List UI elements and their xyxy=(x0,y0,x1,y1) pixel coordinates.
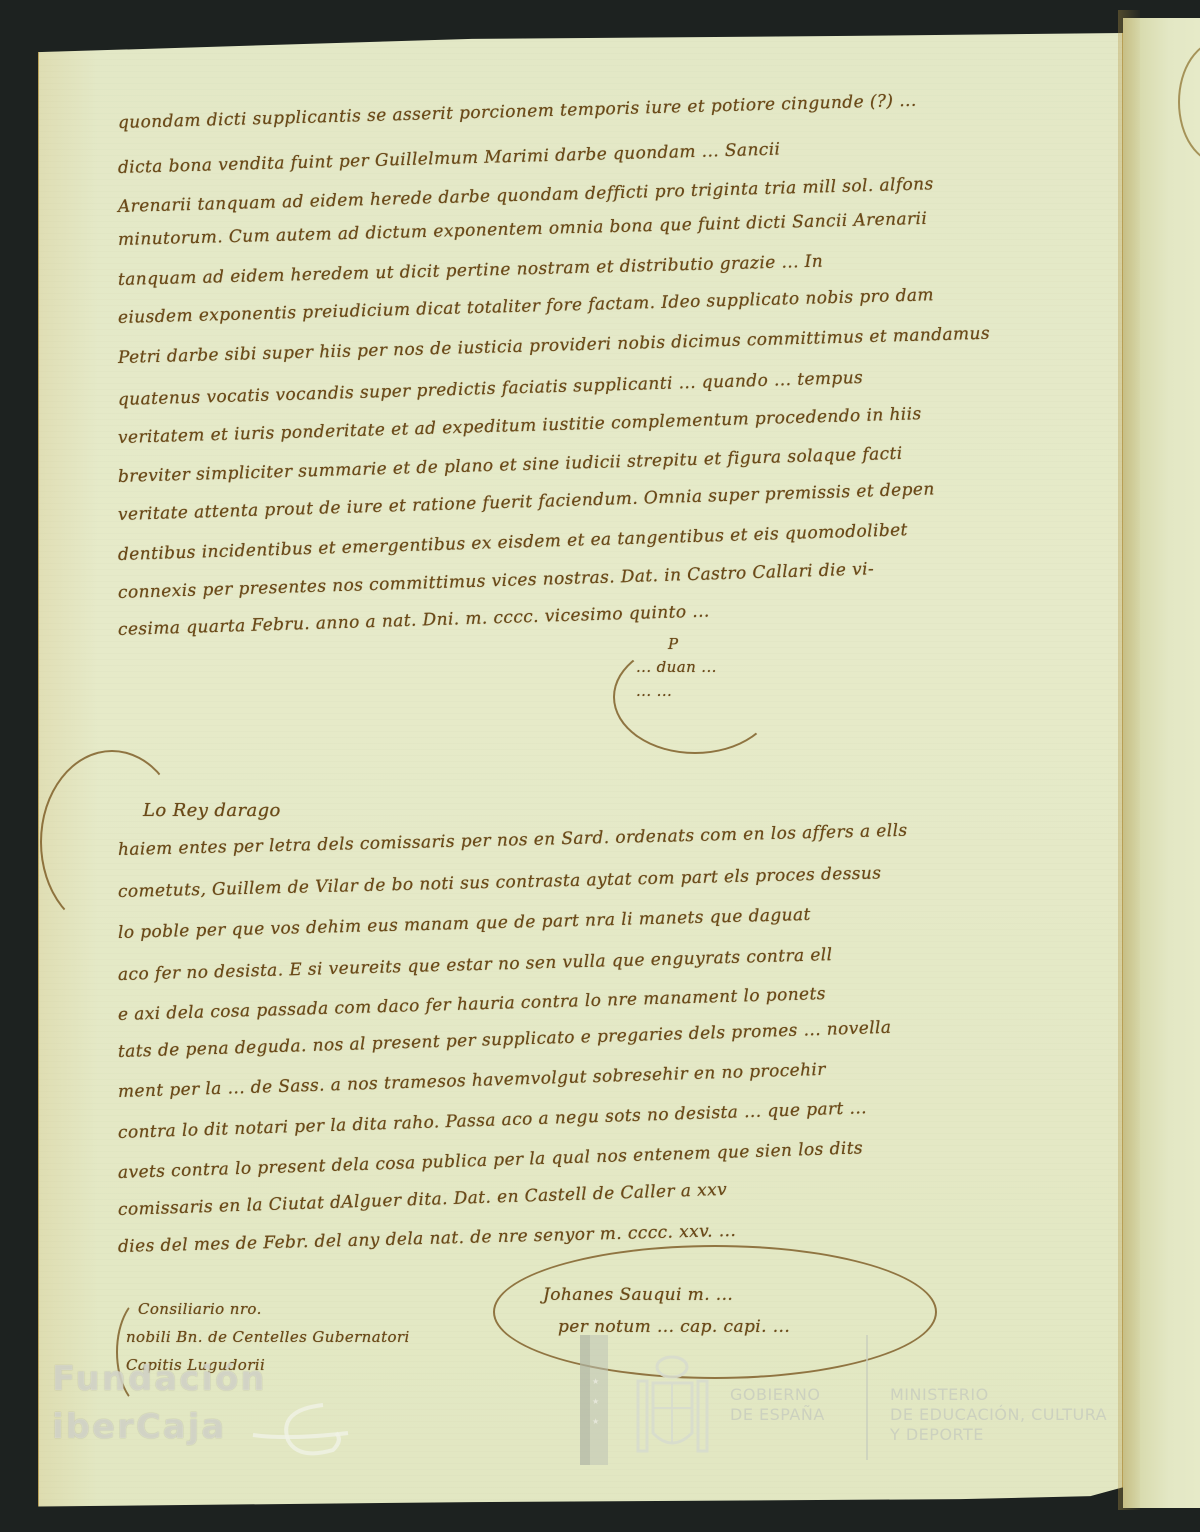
text-line: veritate attenta prout de iure et ration… xyxy=(118,479,935,525)
text-line: quatenus vocatis vocandis super predicti… xyxy=(118,368,864,410)
signature-line: Johanes Sauqui m. ... xyxy=(543,1285,733,1305)
text-line: ment per la ... de Sass. a nos tramesos … xyxy=(118,1060,826,1102)
ibercaja-swirl-icon xyxy=(248,1395,358,1465)
text-line: tanquam ad eidem heredem ut dicit pertin… xyxy=(118,252,824,290)
subscription-line: P xyxy=(668,635,679,653)
watermark-line: DE ESPAÑA xyxy=(730,1405,825,1425)
signature-line: per notum ... cap. capi. ... xyxy=(558,1317,790,1337)
gobierno-espana-watermark: ★ ★ ★ GOBIERNO DE ESPAÑA MINISTERIO DE E… xyxy=(570,1335,1170,1475)
subscription-line: ... ... xyxy=(636,682,672,700)
text-line: aco fer no desista. E si veureits que es… xyxy=(118,945,833,985)
text-line: quondam dicti supplicantis se asserit po… xyxy=(118,91,917,133)
watermark-line: Y DEPORTE xyxy=(890,1425,1107,1445)
text-line: contra lo dit notari per la dita raho. P… xyxy=(118,1098,868,1143)
text-line: minutorum. Cum autem ad dictum exponente… xyxy=(118,209,928,250)
text-line: haiem entes per letra dels comissaris pe… xyxy=(118,821,908,860)
text-line: lo poble per que vos dehim eus manam que… xyxy=(118,905,811,943)
text-line: comissaris en la Ciutat dAlguer dita. Da… xyxy=(118,1180,728,1220)
watermark-line: MINISTERIO xyxy=(890,1385,1107,1405)
watermark-line: GOBIERNO xyxy=(730,1385,825,1405)
addressee-line: Consiliario nro. xyxy=(138,1300,262,1318)
letter-heading: Lo Rey darago xyxy=(143,800,281,821)
text-line: e axi dela cosa passada com daco fer hau… xyxy=(118,984,826,1025)
watermark-divider xyxy=(866,1335,868,1460)
text-line: Petri darbe sibi super hiis per nos de i… xyxy=(118,324,991,368)
watermark-line: iberCaja xyxy=(52,1403,267,1451)
ministerio-text: MINISTERIO DE EDUCACIÓN, CULTURA Y DEPOR… xyxy=(890,1385,1107,1445)
text-line: veritatem et iuris ponderitate et ad exp… xyxy=(118,404,922,448)
text-line: cesima quarta Febru. anno a nat. Dni. m.… xyxy=(118,601,710,640)
text-line: Arenarii tanquam ad eidem herede darbe q… xyxy=(118,174,934,217)
text-line: breviter simpliciter summarie et de plan… xyxy=(118,444,903,487)
watermark-line: DE EDUCACIÓN, CULTURA xyxy=(890,1405,1107,1425)
text-line: eiusdem exponentis preiudicium dicat tot… xyxy=(118,285,934,328)
spain-coat-of-arms-icon xyxy=(635,1353,710,1463)
text-line: dicta bona vendita fuint per Guillelmum … xyxy=(118,140,781,178)
eu-flag-bar-icon: ★ ★ ★ xyxy=(580,1335,608,1465)
fundacion-ibercaja-watermark: Fundación iberCaja xyxy=(52,1355,267,1451)
addressee-line: nobili Bn. de Centelles Gubernatori xyxy=(126,1328,410,1346)
gobierno-text: GOBIERNO DE ESPAÑA xyxy=(730,1385,825,1425)
text-line: connexis per presentes nos committimus v… xyxy=(118,559,875,603)
gutter-stain xyxy=(1118,10,1140,1510)
text-line: dentibus incidentibus et emergentibus ex… xyxy=(118,520,908,565)
watermark-line: Fundación xyxy=(52,1355,267,1403)
text-line: tats de pena deguda. nos al present per … xyxy=(118,1018,892,1062)
text-line: cometuts, Guillem de Vilar de bo noti su… xyxy=(118,863,882,902)
text-line: avets contra lo present dela cosa public… xyxy=(118,1138,864,1183)
manuscript-folio: quondam dicti supplicantis se asserit po… xyxy=(38,30,1123,1508)
subscription-line: ... duan ... xyxy=(636,658,717,676)
